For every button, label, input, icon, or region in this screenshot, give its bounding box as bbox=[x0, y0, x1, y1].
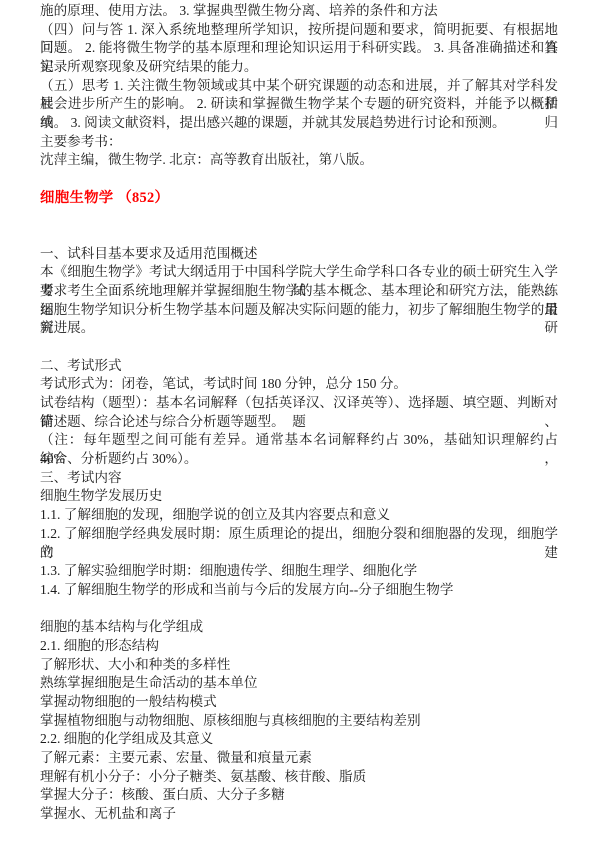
document-line: 本《细胞生物学》考试大纲适用于中国科学院大学生命学科口各专业的硕士研究生入学考试… bbox=[40, 263, 558, 282]
course-heading: 细胞生物学 （852） bbox=[40, 189, 558, 208]
blank-line bbox=[40, 207, 558, 226]
document-line: 沈萍主编，微生物学. 北京：高等教育出版社，第八版。 bbox=[40, 151, 558, 170]
blank-line bbox=[40, 338, 558, 357]
document-page: 施的原理、使用方法。 3. 掌握典型微生物分离、培养的条件和方法（四）问与答 1… bbox=[0, 0, 596, 853]
document-line: 2.1. 细胞的形态结构 bbox=[40, 637, 558, 656]
document-body: 施的原理、使用方法。 3. 掌握典型微生物分离、培养的条件和方法（四）问与答 1… bbox=[40, 2, 558, 824]
document-line: 试卷结构（题型）：基本名词解释（包括英译汉、汉译英等）、选择题、填空题、判断对错… bbox=[40, 394, 558, 413]
document-line: 细胞的基本结构与化学组成 bbox=[40, 618, 558, 637]
document-line: 主要参考书： bbox=[40, 133, 558, 152]
document-line: 掌握动物细胞的一般结构模式 bbox=[40, 693, 558, 712]
document-line: 社会进步所产生的影响。 2. 研读和掌握微生物学某个专题的研究资料，并能予以概括… bbox=[40, 95, 558, 114]
blank-line bbox=[40, 600, 558, 619]
document-line: 2.2. 细胞的化学组成及其意义 bbox=[40, 730, 558, 749]
blank-line bbox=[40, 226, 558, 245]
document-line: 二、考试形式 bbox=[40, 357, 558, 376]
document-line: 细胞生物学知识分析生物学基本问题及解决实际问题的能力，初步了解细胞生物学的最新研 bbox=[40, 301, 558, 320]
document-line: 考试形式为：闭卷，笔试，考试时间 180 分钟，总分 150 分。 bbox=[40, 375, 558, 394]
document-line: 纳。 3. 阅读文献资料，提出感兴趣的课题，并就其发展趋势进行讨论和预测。 bbox=[40, 114, 558, 133]
document-line: 记录所观察现象及研究结果的能力。 bbox=[40, 58, 558, 77]
document-line: 1.3. 了解实验细胞学时期：细胞遗传学、细胞生理学、细胞化学 bbox=[40, 562, 558, 581]
document-line: 1.2. 了解细胞学经典发展时期：原生质理论的提出，细胞分裂和细胞器的发现，细胞… bbox=[40, 525, 558, 544]
document-line: 1.1. 了解细胞的发现，细胞学说的创立及其内容要点和意义 bbox=[40, 506, 558, 525]
document-line: 了解形状、大小和种类的多样性 bbox=[40, 656, 558, 675]
document-line: 细胞生物学发展历史 bbox=[40, 487, 558, 506]
document-line: （注：每年题型之间可能有差异。通常基本名词解释约占 30%，基础知识理解约占 4… bbox=[40, 431, 558, 450]
document-line: 理解有机小分子：小分子糖类、氨基酸、核苷酸、脂质 bbox=[40, 768, 558, 787]
document-line: 掌握水、无机盐和离子 bbox=[40, 805, 558, 824]
document-line: 三、考试内容 bbox=[40, 469, 558, 488]
blank-line bbox=[40, 170, 558, 189]
document-line: （四）问与答 1. 深入系统地整理所学知识，按所提问题和要求，简明扼要、有根据地… bbox=[40, 21, 558, 40]
document-line: 施的原理、使用方法。 3. 掌握典型微生物分离、培养的条件和方法 bbox=[40, 2, 558, 21]
document-line: 问题。 2. 能将微生物学的基本原理和理论知识运用于科研实践。 3. 具备准确描… bbox=[40, 39, 558, 58]
document-line: （五）思考 1. 关注微生物领域或其中某个研究课题的动态和进展，并了解其对学科发… bbox=[40, 77, 558, 96]
document-line: 掌握植物细胞与动物细胞、原核细胞与真核细胞的主要结构差别 bbox=[40, 712, 558, 731]
document-line: 掌握大分子：核酸、蛋白质、大分子多糖 bbox=[40, 786, 558, 805]
document-line: 一、试科目基本要求及适用范围概述 bbox=[40, 245, 558, 264]
document-line: 了解元素：主要元素、宏量、微量和痕量元素 bbox=[40, 749, 558, 768]
document-line: 熟练掌握细胞是生命活动的基本单位 bbox=[40, 674, 558, 693]
document-line: 要求考生全面系统地理解并掌握细胞生物学的基本概念、基本理论和研究方法，能熟练运用 bbox=[40, 282, 558, 301]
document-line: 1.4. 了解细胞生物学的形成和当前与今后的发展方向--分子细胞生物学 bbox=[40, 581, 558, 600]
